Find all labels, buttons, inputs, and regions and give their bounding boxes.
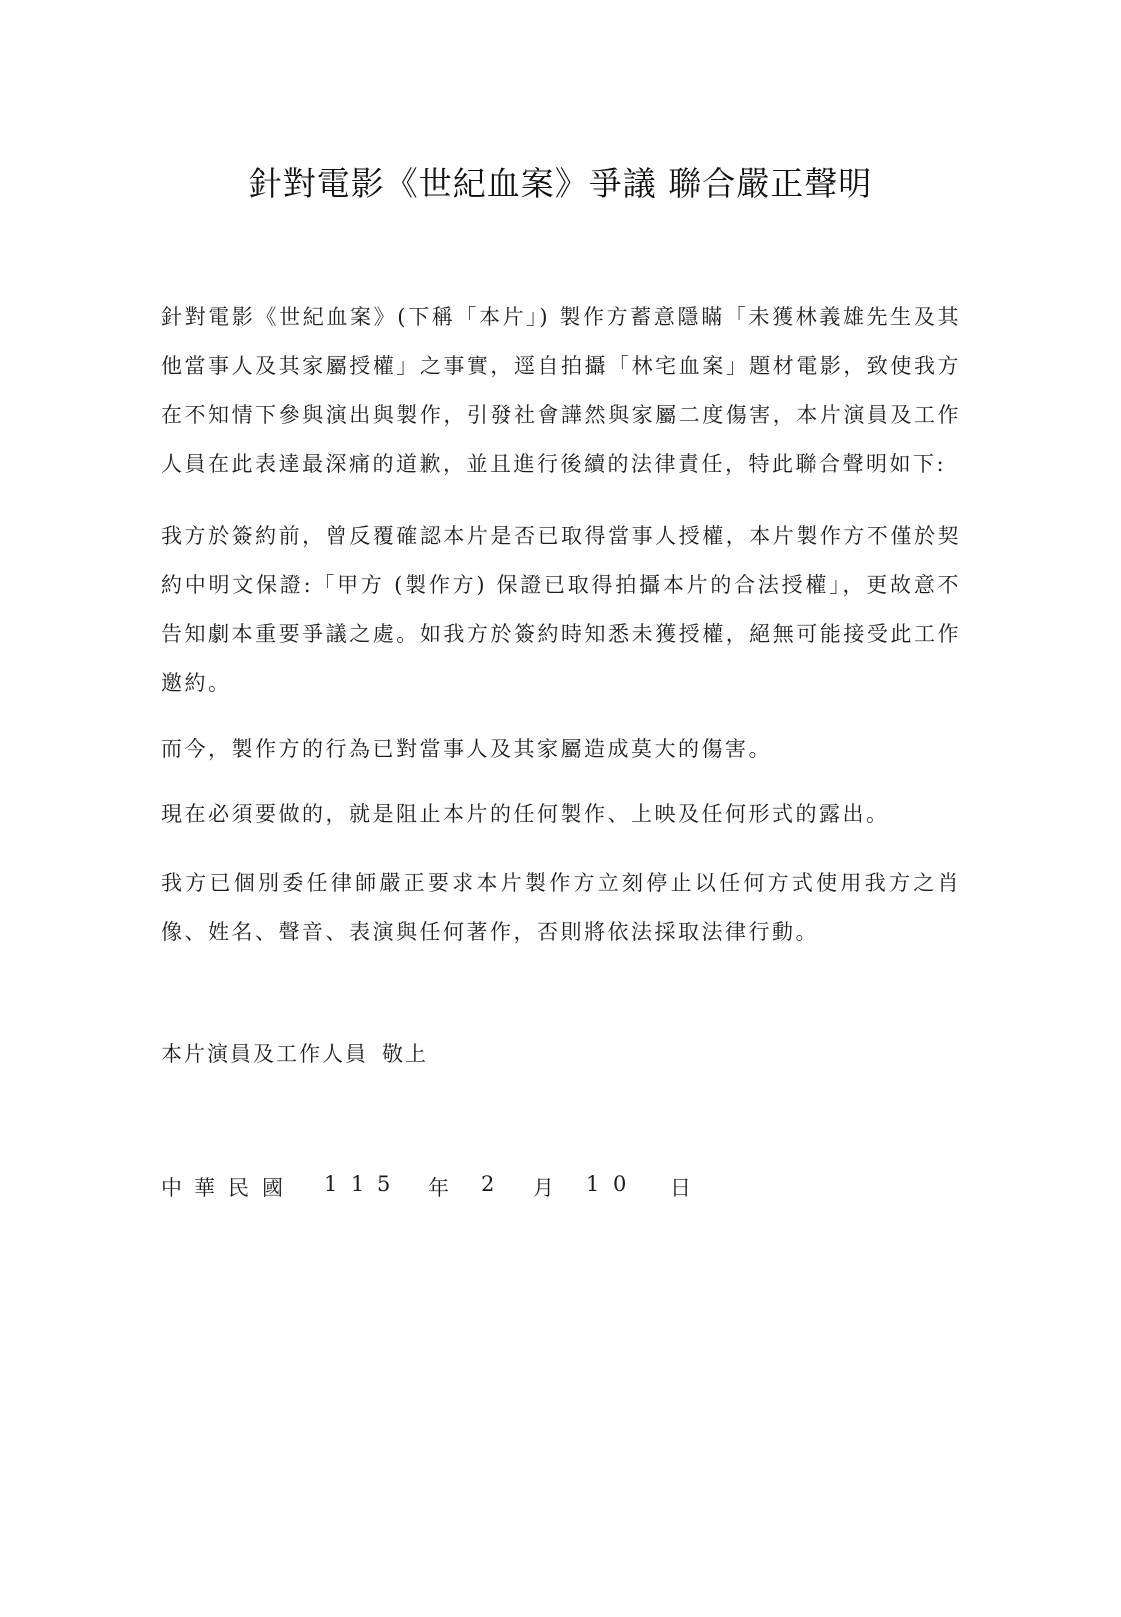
date-year-digit: 1 <box>324 1172 337 1196</box>
date-year-digit: 1 <box>351 1172 364 1196</box>
date-year-label: 年 <box>428 1172 449 1202</box>
date-era-char: 民 <box>228 1172 249 1202</box>
date-era-char: 國 <box>262 1172 283 1202</box>
date-line: 中 華 民 國 1 1 5 年 2 月 1 0 日 <box>161 1172 971 1212</box>
paragraph-text: 我方於簽約前，曾反覆確認本片是否已取得當事人授權，本片製作方不僅於契約中明文保證… <box>161 512 961 708</box>
document-title: 針對電影《世紀血案》爭議 聯合嚴正聲明 <box>0 158 1121 205</box>
paragraph-legal-action: 我方已個別委任律師嚴正要求本片製作方立刻停止以任何方式使用我方之肖像、姓名、聲音… <box>161 859 961 957</box>
signature-line: 本片演員及工作人員敬上 <box>161 1038 428 1068</box>
paragraph-demand: 現在必須要做的，就是阻止本片的任何製作、上映及任何形式的露出。 <box>161 790 961 839</box>
paragraph-text: 而今，製作方的行為已對當事人及其家屬造成莫大的傷害。 <box>161 725 961 774</box>
signer-name: 本片演員及工作人員 <box>161 1042 368 1066</box>
date-era-char: 中 <box>161 1172 182 1202</box>
date-era-char: 華 <box>194 1172 215 1202</box>
date-day-digit: 0 <box>613 1172 626 1196</box>
date-year-digit: 5 <box>377 1172 390 1196</box>
document-page: 針對電影《世紀血案》爭議 聯合嚴正聲明 針對電影《世紀血案》(下稱「本片」) 製… <box>0 0 1121 1617</box>
date-month-label: 月 <box>533 1172 554 1202</box>
paragraph-intro: 針對電影《世紀血案》(下稱「本片」) 製作方蓄意隱瞞「未獲林義雄先生及其他當事人… <box>161 293 961 489</box>
date-day-label: 日 <box>670 1172 691 1202</box>
paragraph-contract: 我方於簽約前，曾反覆確認本片是否已取得當事人授權，本片製作方不僅於契約中明文保證… <box>161 512 961 708</box>
paragraph-text: 我方已個別委任律師嚴正要求本片製作方立刻停止以任何方式使用我方之肖像、姓名、聲音… <box>161 859 961 957</box>
paragraph-text: 針對電影《世紀血案》(下稱「本片」) 製作方蓄意隱瞞「未獲林義雄先生及其他當事人… <box>161 293 961 489</box>
paragraph-harm: 而今，製作方的行為已對當事人及其家屬造成莫大的傷害。 <box>161 725 961 774</box>
date-month: 2 <box>481 1172 494 1196</box>
date-day-digit: 1 <box>586 1172 599 1196</box>
paragraph-text: 現在必須要做的，就是阻止本片的任何製作、上映及任何形式的露出。 <box>161 790 961 839</box>
signature-closing: 敬上 <box>382 1042 428 1066</box>
